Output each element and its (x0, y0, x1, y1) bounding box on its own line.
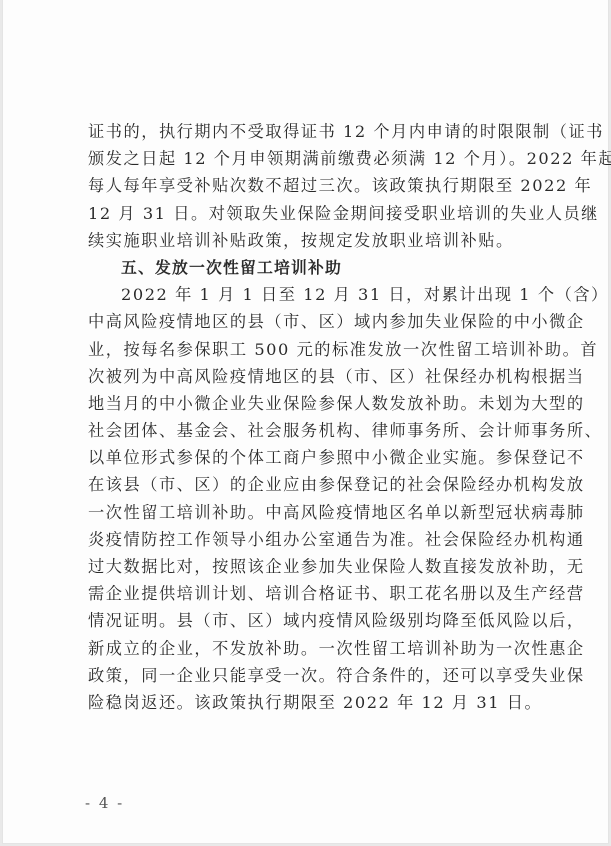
paragraph-line: 证书的，执行期内不受取得证书 12 个月内申请的时限限制（证书 (88, 118, 558, 145)
paragraph-line: 2022 年 1 月 1 日至 12 月 31 日，对累计出现 1 个（含）以上 (88, 281, 558, 308)
paragraph-line: 情况证明。县（市、区）域内疫情风险级别均降至低风险以后， (88, 607, 558, 634)
paragraph-line: 新成立的企业，不发放补助。一次性留工培训补助为一次性惠企 (88, 635, 558, 662)
paragraph-line: 中高风险疫情地区的县（市、区）域内参加失业保险的中小微企 (88, 308, 558, 335)
paragraph-line: 社会团体、基金会、社会服务机构、律师事务所、会计师事务所、 (88, 417, 558, 444)
paragraph-line: 以单位形式参保的个体工商户参照中小微企业实施。参保登记不 (88, 444, 558, 471)
paragraph-line: 在该县（市、区）的企业应由参保登记的社会保险经办机构发放 (88, 471, 558, 498)
page-number: - 4 - (85, 794, 124, 812)
document-body: 证书的，执行期内不受取得证书 12 个月内申请的时限限制（证书 颁发之日起 12… (88, 118, 558, 716)
paragraph-line: 续实施职业培训补贴政策，按规定发放职业培训补贴。 (88, 227, 558, 254)
paragraph-line: 过大数据比对，按照该企业参加失业保险人数直接发放补助，无 (88, 553, 558, 580)
document-page: 证书的，执行期内不受取得证书 12 个月内申请的时限限制（证书 颁发之日起 12… (2, 0, 609, 844)
paragraph-line: 地当月的中小微企业失业保险参保人数发放补助。未划为大型的 (88, 390, 558, 417)
paragraph-line: 每人每年享受补贴次数不超过三次。该政策执行期限至 2022 年 (88, 172, 558, 199)
paragraph-line: 业，按每名参保职工 500 元的标准发放一次性留工培训补助。首 (88, 336, 558, 363)
paragraph-line: 险稳岗返还。该政策执行期限至 2022 年 12 月 31 日。 (88, 689, 558, 716)
paragraph-line: 一次性留工培训补助。中高风险疫情地区名单以新型冠状病毒肺 (88, 499, 558, 526)
paragraph-line: 炎疫情防控工作领导小组办公室通告为准。社会保险经办机构通 (88, 526, 558, 553)
paragraph-line: 需企业提供培训计划、培训合格证书、职工花名册以及生产经营 (88, 580, 558, 607)
paragraph-line: 12 月 31 日。对领取失业保险金期间接受职业培训的失业人员继 (88, 200, 558, 227)
paragraph-line: 颁发之日起 12 个月申领期满前缴费必须满 12 个月）。2022 年起 (88, 145, 558, 172)
paragraph-line: 政策，同一企业只能享受一次。符合条件的，还可以享受失业保 (88, 662, 558, 689)
paragraph-line: 次被列为中高风险疫情地区的县（市、区）社保经办机构根据当 (88, 363, 558, 390)
section-heading: 五、发放一次性留工培训补助 (88, 254, 558, 281)
